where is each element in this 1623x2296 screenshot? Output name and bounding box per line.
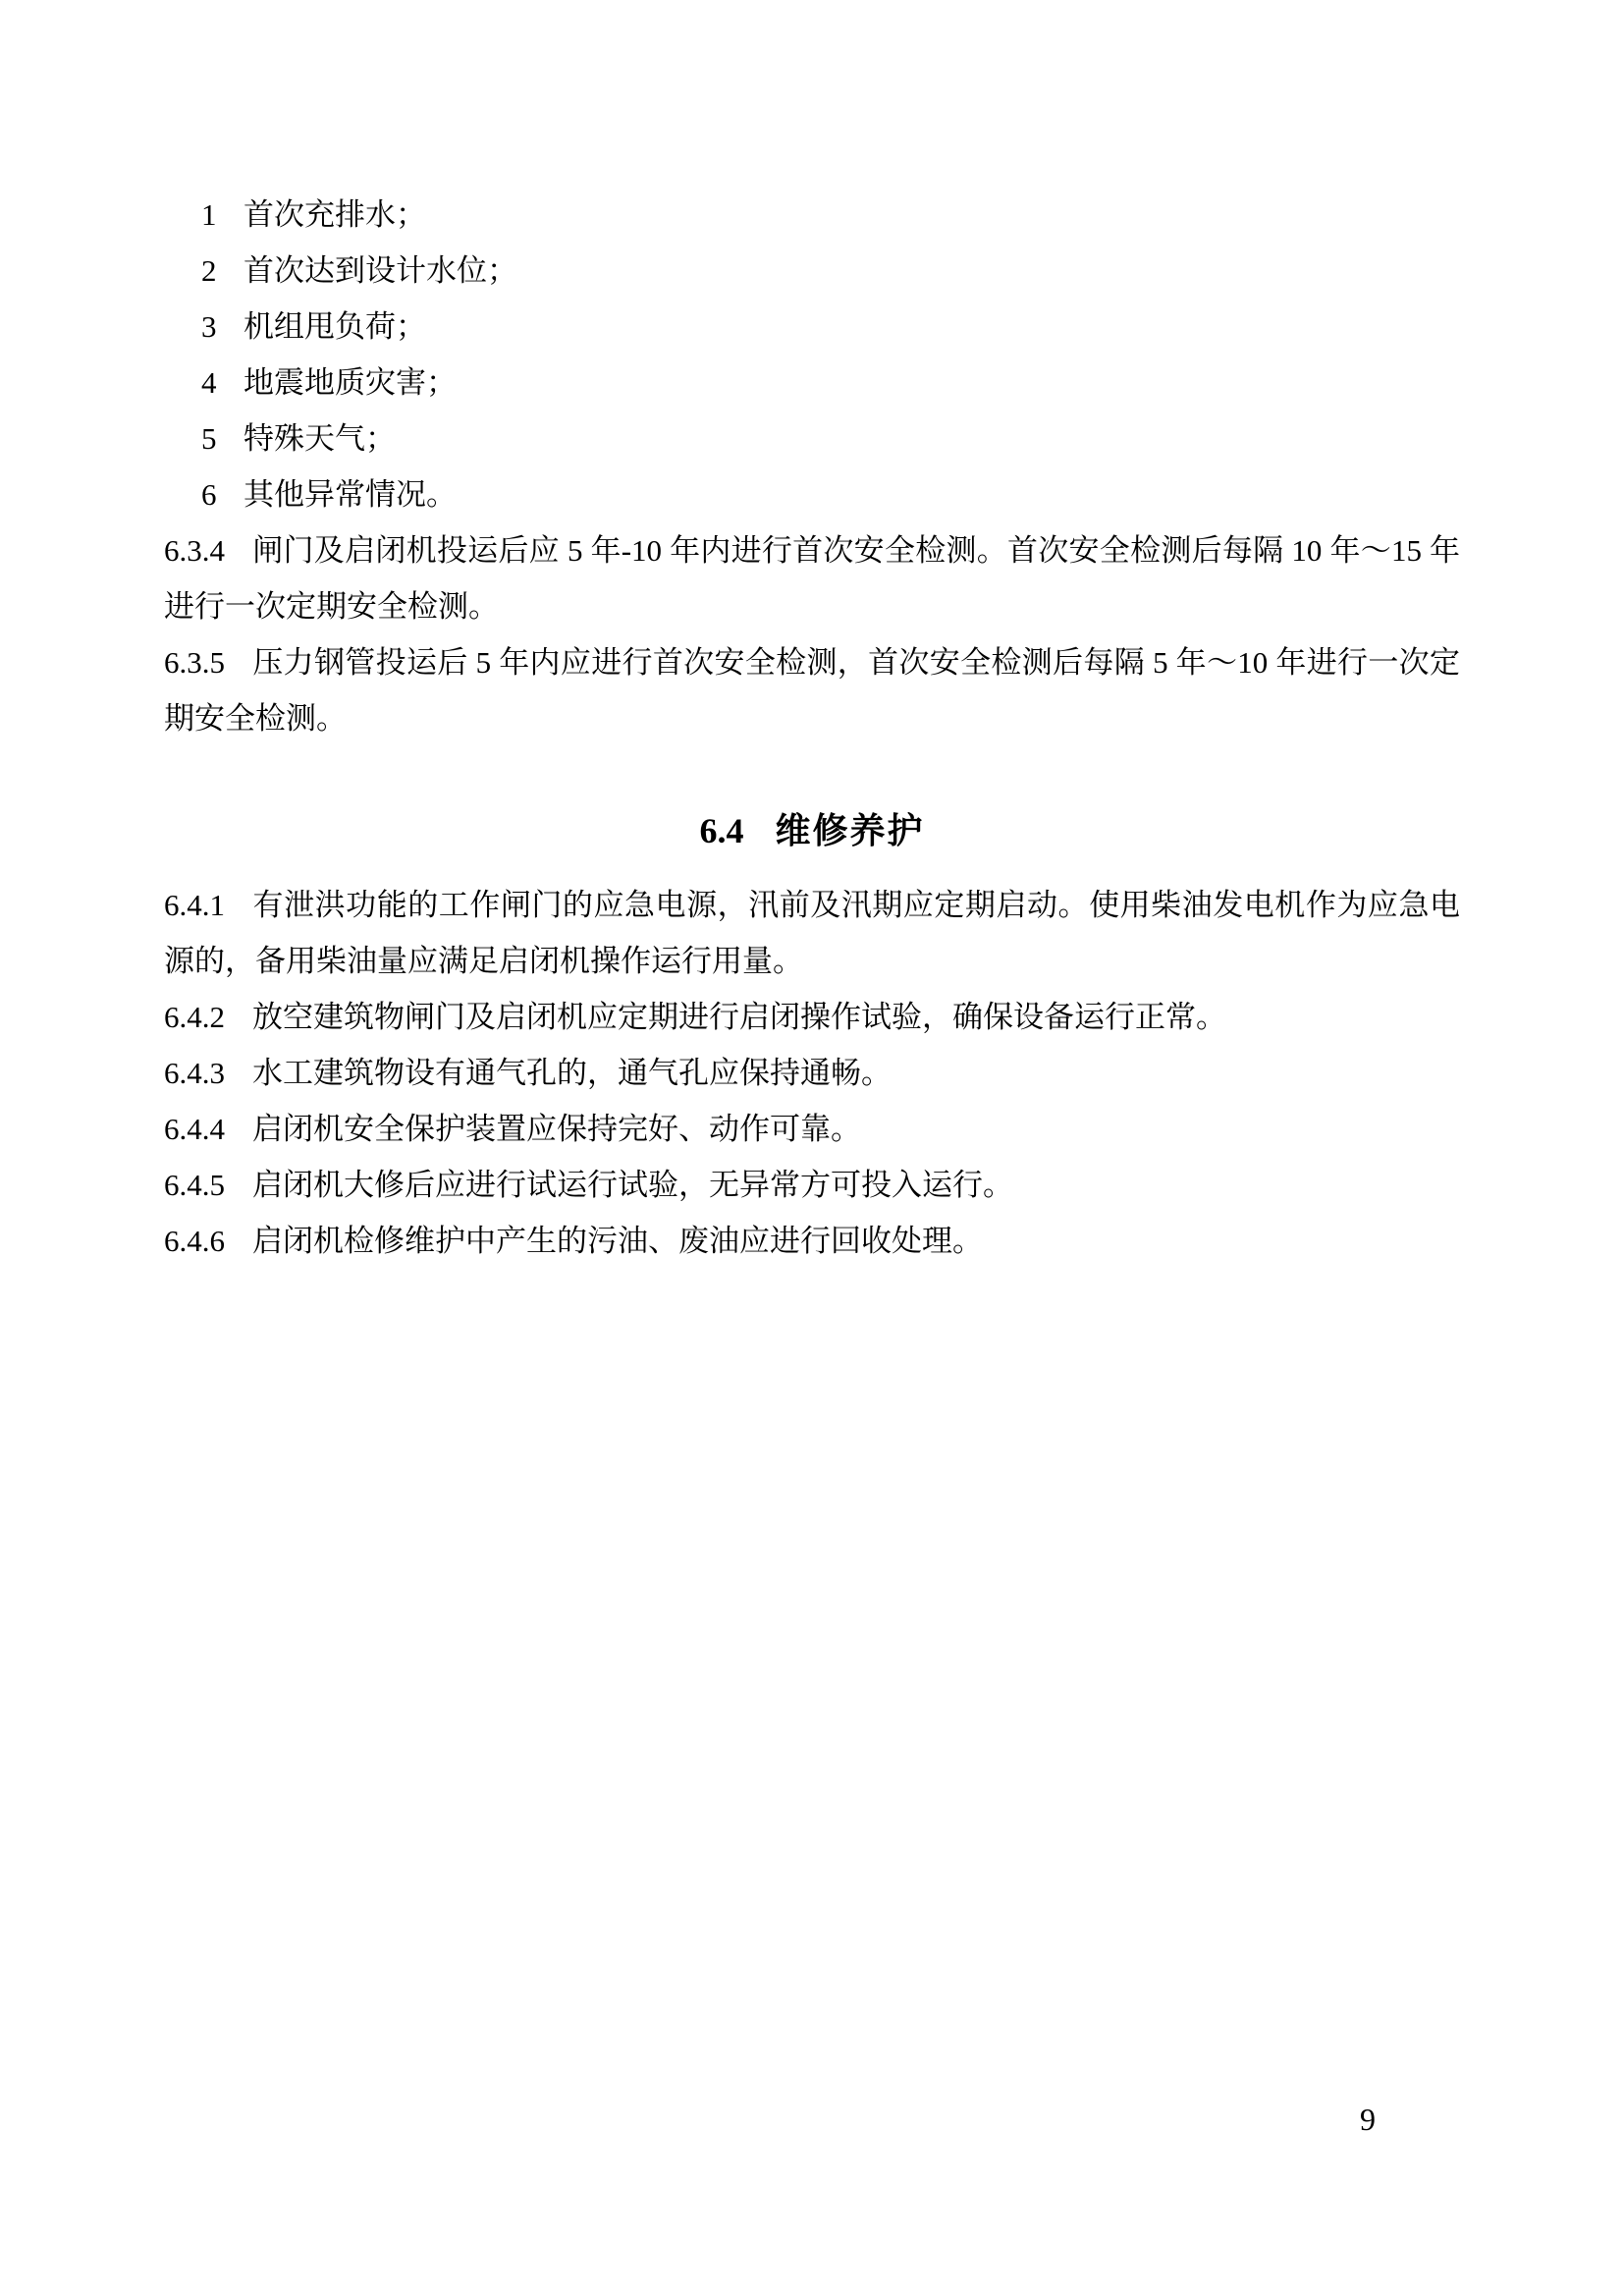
list-item-number: 2 bbox=[201, 243, 243, 299]
list-item: 5特殊天气； bbox=[201, 410, 1460, 466]
list-item-text: 地震地质灾害； bbox=[243, 365, 457, 400]
clause-number: 6.4.4 bbox=[164, 1112, 225, 1146]
list-item-number: 6 bbox=[201, 466, 243, 522]
clause-number: 6.4.3 bbox=[164, 1056, 225, 1090]
document-page: 1首次充排水； 2首次达到设计水位； 3机组甩负荷； 4地震地质灾害； 5特殊天… bbox=[0, 0, 1623, 2296]
conditions-list: 1首次充排水； 2首次达到设计水位； 3机组甩负荷； 4地震地质灾害； 5特殊天… bbox=[164, 187, 1460, 522]
clause-6-3-4: 6.3.4闸门及启闭机投运后应 5 年-10 年内进行首次安全检测。首次安全检测… bbox=[164, 522, 1460, 634]
section-heading-title: 维修养护 bbox=[775, 810, 924, 850]
clause-6-4-3: 6.4.3水工建筑物设有通气孔的，通气孔应保持通畅。 bbox=[164, 1045, 1460, 1101]
list-item: 1首次充排水； bbox=[201, 187, 1460, 243]
list-item-text: 机组甩负荷； bbox=[243, 309, 426, 344]
clause-text: 启闭机大修后应进行试运行试验，无异常方可投入运行。 bbox=[252, 1168, 1013, 1202]
clause-number: 6.3.5 bbox=[164, 645, 225, 680]
clause-number: 6.4.2 bbox=[164, 1000, 225, 1034]
clause-number: 6.3.4 bbox=[164, 533, 225, 568]
clause-number: 6.4.5 bbox=[164, 1168, 225, 1202]
clause-text: 有泄洪功能的工作闸门的应急电源，汛前及汛期应定期启动。使用柴油发电机作为应急电源… bbox=[164, 888, 1460, 978]
list-item: 4地震地质灾害； bbox=[201, 355, 1460, 410]
section-heading-number: 6.4 bbox=[699, 811, 743, 850]
clause-text: 启闭机检修维护中产生的污油、废油应进行回收处理。 bbox=[252, 1224, 983, 1258]
list-item-text: 特殊天气； bbox=[243, 421, 396, 456]
clause-6-4-5: 6.4.5启闭机大修后应进行试运行试验，无异常方可投入运行。 bbox=[164, 1157, 1460, 1213]
clause-text: 启闭机安全保护装置应保持完好、动作可靠。 bbox=[252, 1112, 861, 1146]
list-item-number: 3 bbox=[201, 299, 243, 355]
clause-6-3-5: 6.3.5压力钢管投运后 5 年内应进行首次安全检测，首次安全检测后每隔 5 年… bbox=[164, 634, 1460, 746]
list-item: 3机组甩负荷； bbox=[201, 299, 1460, 355]
page-number: 9 bbox=[1360, 2100, 1376, 2139]
clause-6-4-6: 6.4.6启闭机检修维护中产生的污油、废油应进行回收处理。 bbox=[164, 1213, 1460, 1269]
clause-text: 放空建筑物闸门及启闭机应定期进行启闭操作试验，确保设备运行正常。 bbox=[252, 1000, 1226, 1034]
list-item-number: 5 bbox=[201, 410, 243, 466]
list-item-text: 其他异常情况。 bbox=[243, 477, 457, 512]
page-content: 1首次充排水； 2首次达到设计水位； 3机组甩负荷； 4地震地质灾害； 5特殊天… bbox=[164, 187, 1460, 1269]
list-item: 2首次达到设计水位； bbox=[201, 243, 1460, 299]
list-item-number: 1 bbox=[201, 187, 243, 243]
list-item-text: 首次充排水； bbox=[243, 197, 426, 232]
clause-text: 压力钢管投运后 5 年内应进行首次安全检测，首次安全检测后每隔 5 年～10 年… bbox=[164, 645, 1460, 736]
clause-number: 6.4.6 bbox=[164, 1224, 225, 1258]
list-item: 6其他异常情况。 bbox=[201, 466, 1460, 522]
list-item-number: 4 bbox=[201, 355, 243, 410]
section-heading-6-4: 6.4维修养护 bbox=[164, 802, 1460, 859]
clause-6-4-1: 6.4.1有泄洪功能的工作闸门的应急电源，汛前及汛期应定期启动。使用柴油发电机作… bbox=[164, 877, 1460, 989]
clause-6-4-4: 6.4.4启闭机安全保护装置应保持完好、动作可靠。 bbox=[164, 1101, 1460, 1157]
list-item-text: 首次达到设计水位； bbox=[243, 253, 517, 288]
clause-text: 水工建筑物设有通气孔的，通气孔应保持通畅。 bbox=[252, 1056, 892, 1090]
clause-number: 6.4.1 bbox=[164, 888, 225, 922]
clause-text: 闸门及启闭机投运后应 5 年-10 年内进行首次安全检测。首次安全检测后每隔 1… bbox=[164, 533, 1460, 624]
clause-6-4-2: 6.4.2放空建筑物闸门及启闭机应定期进行启闭操作试验，确保设备运行正常。 bbox=[164, 989, 1460, 1045]
